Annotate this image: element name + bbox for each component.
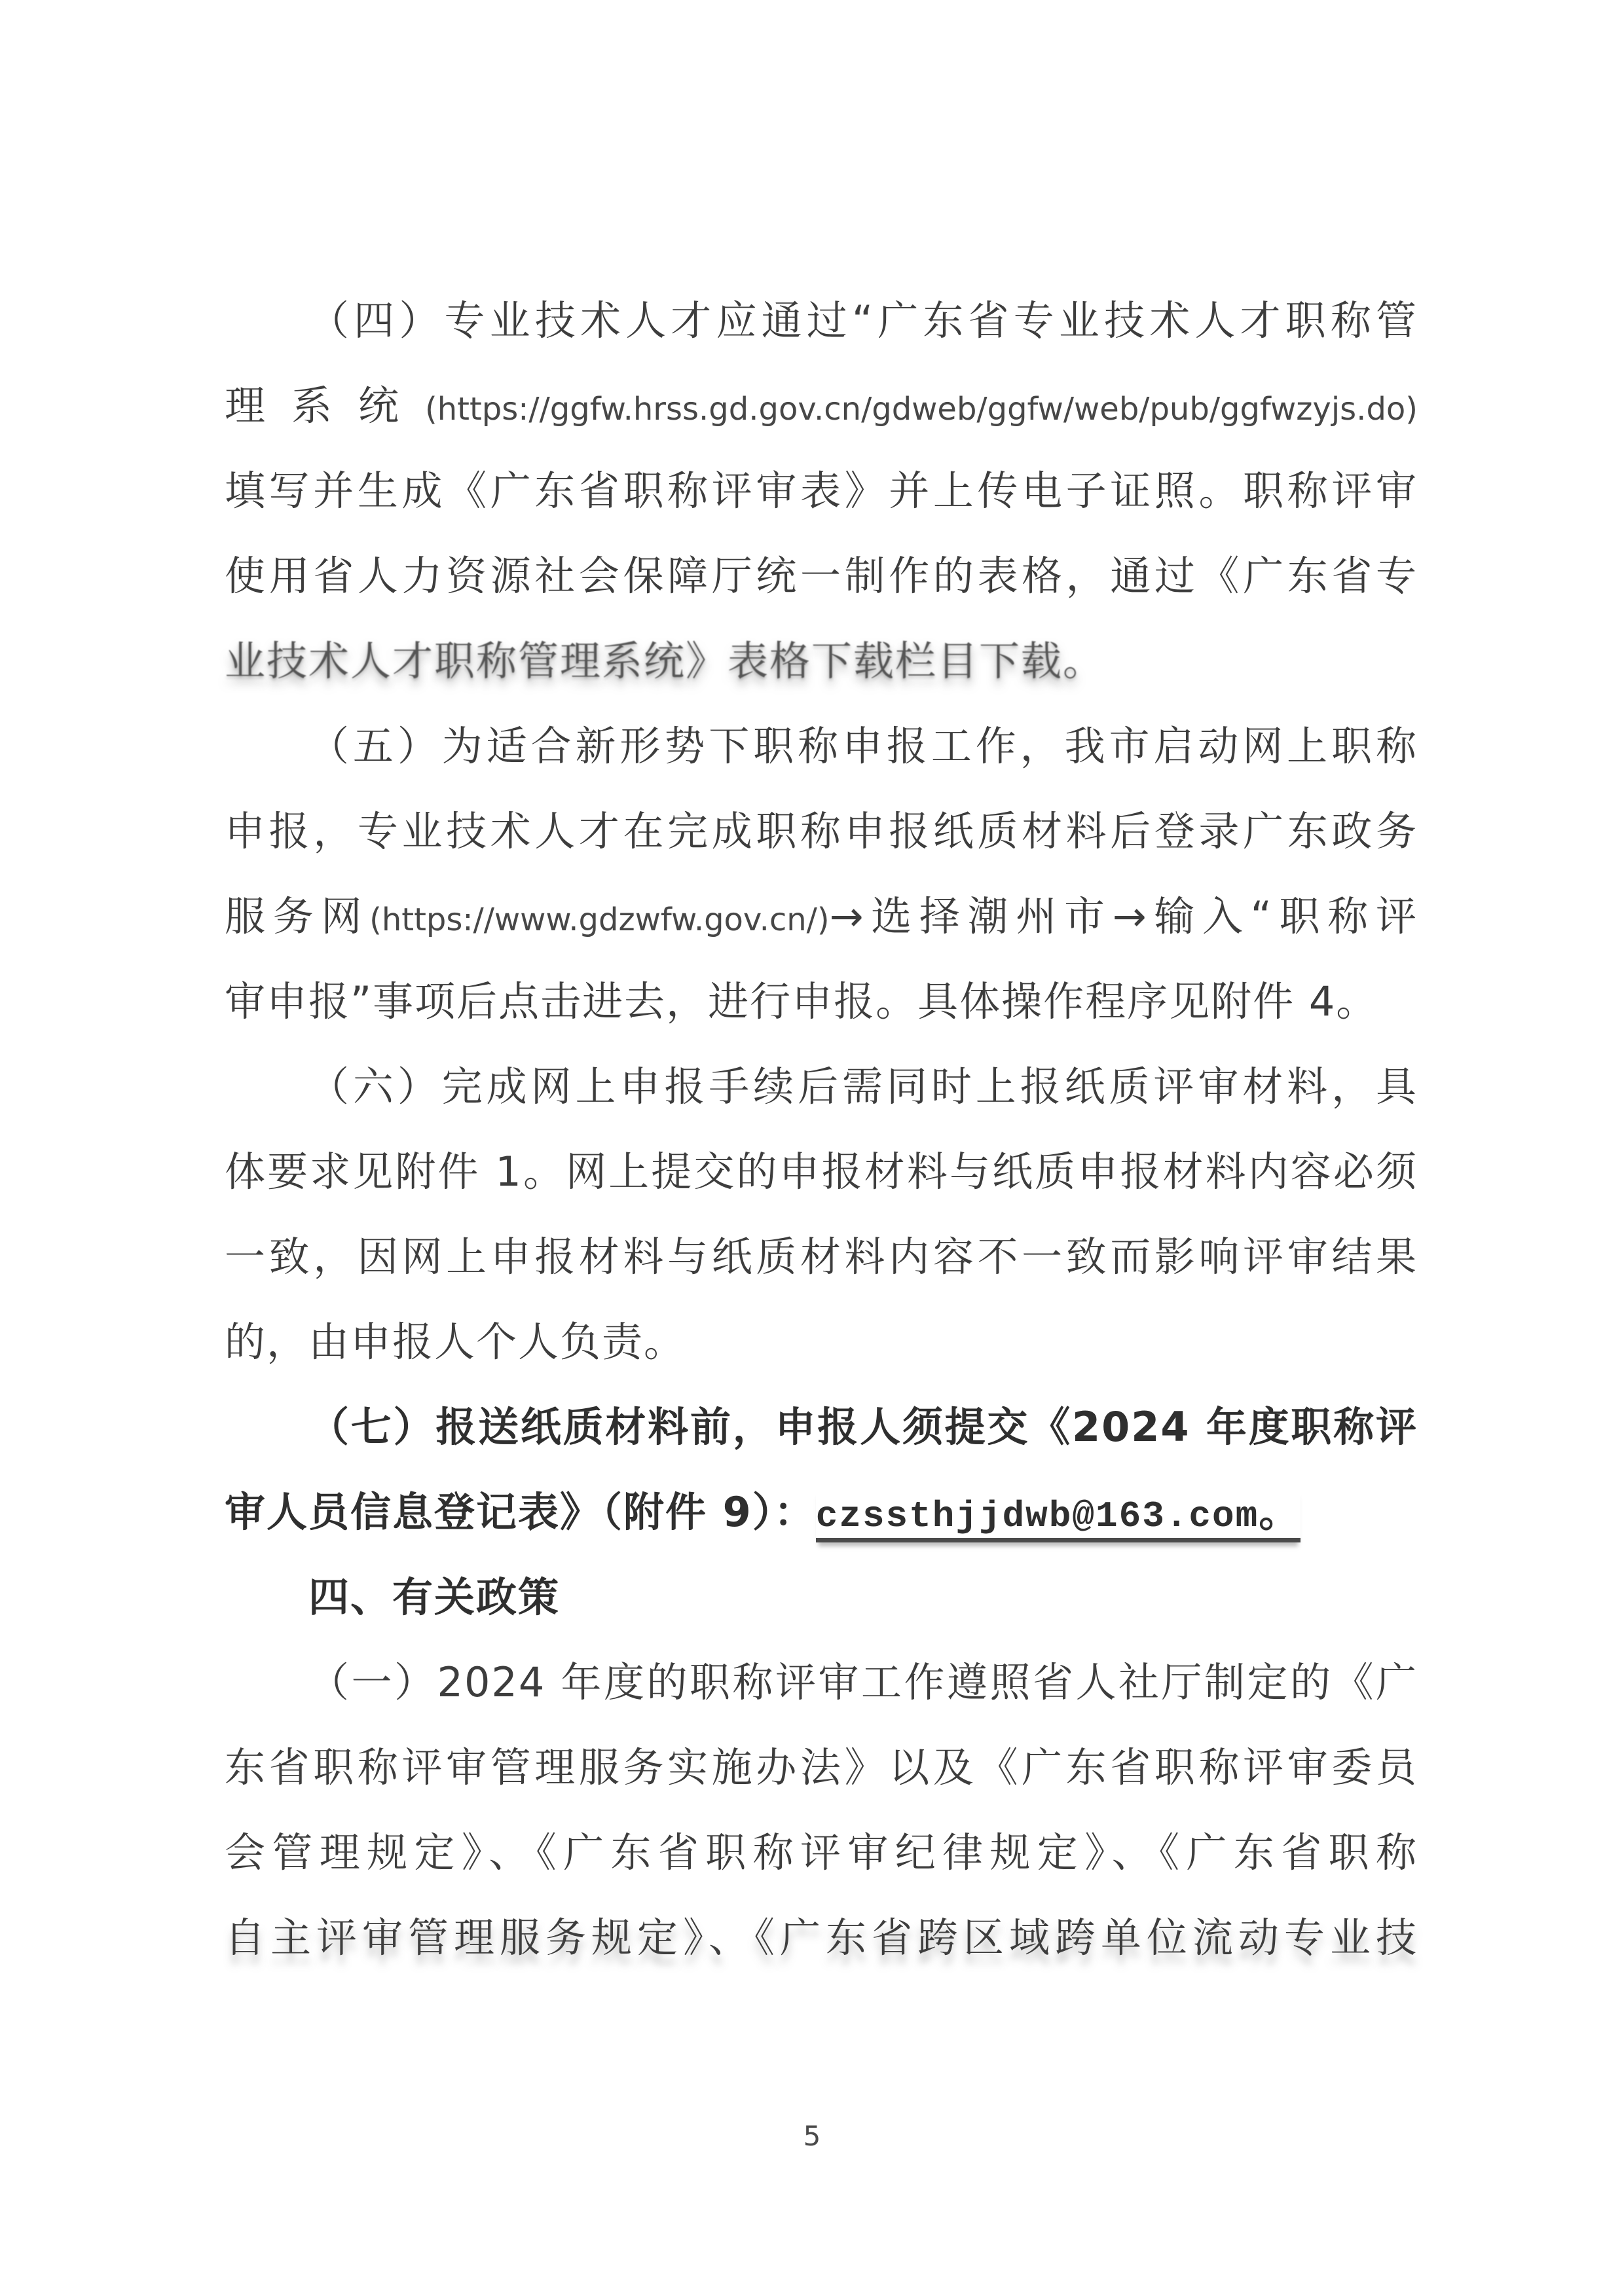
document-body: （四）专业技术人才应通过“广东省专业技术人才职称管 理系统(https://gg… xyxy=(225,278,1418,1980)
para-5-line-2: 申报，专业技术人才在完成职称申报纸质材料后登录广东政务 xyxy=(225,789,1418,874)
para-4-line-1: （四）专业技术人才应通过“广东省专业技术人才职称管 xyxy=(225,278,1418,363)
para-5-line-1: （五）为适合新形势下职称申报工作，我市启动网上职称 xyxy=(225,704,1418,789)
submission-email-period: 。 xyxy=(1259,1488,1301,1536)
submission-email-underlined: czssthjjdwb@163.com。 xyxy=(816,1488,1301,1542)
page-number: 5 xyxy=(0,2120,1624,2152)
para-6-line-4: 的，由申报人个人负责。 xyxy=(225,1300,1418,1385)
para-4-line-4: 使用省人力资源社会保障厅统一制作的表格，通过《广东省专 xyxy=(225,534,1418,619)
submission-email-address: czssthjjdwb@163.com xyxy=(816,1495,1259,1537)
para-4-line-2: 理系统(https://ggfw.hrss.gd.gov.cn/gdweb/gg… xyxy=(225,363,1418,448)
section-heading-policies: 四、有关政策 xyxy=(225,1555,1418,1640)
para-7-line-2: 审人员信息登记表》（附件 9）：czssthjjdwb@163.com。 xyxy=(225,1470,1418,1555)
para-4-line-5: 业技术人才职称管理系统》表格下载栏目下载。 xyxy=(225,619,1418,704)
para-6-line-3: 一致，因网上申报材料与纸质材料内容不一致而影响评审结果 xyxy=(225,1214,1418,1300)
para-1-line-3: 会管理规定》、《广东省职称评审纪律规定》、《广东省职称 xyxy=(225,1810,1418,1895)
para-1-line-2: 东省职称评审管理服务实施办法》以及《广东省职称评审委员 xyxy=(225,1725,1418,1810)
para-4-line-2-cjk: 理系统 xyxy=(225,382,425,429)
gov-service-url: (https://www.gdzwfw.gov.cn/) xyxy=(369,902,829,938)
para-7-line-2-label: 审人员信息登记表》（附件 9）： xyxy=(225,1488,816,1536)
para-1-line-4: 自主评审管理服务规定》、《广东省跨区域跨单位流动专业技 xyxy=(225,1895,1418,1980)
para-5-line-3-cjk: 服务网 xyxy=(225,892,369,940)
title-system-url: (https://ggfw.hrss.gd.gov.cn/gdweb/ggfw/… xyxy=(425,391,1418,428)
para-6-line-1: （六）完成网上申报手续后需同时上报纸质评审材料，具 xyxy=(225,1044,1418,1129)
para-4-line-3: 填写并生成《广东省职称评审表》并上传电子证照。职称评审 xyxy=(225,448,1418,534)
para-5-line-3: 服务网(https://www.gdzwfw.gov.cn/)→选择潮州市→输入… xyxy=(225,874,1418,959)
para-1-line-1: （一）2024 年度的职称评审工作遵照省人社厅制定的《广 xyxy=(225,1640,1418,1725)
para-5-line-4: 审申报”事项后点击进去，进行申报。具体操作程序见附件 4。 xyxy=(225,959,1418,1044)
document-page: （四）专业技术人才应通过“广东省专业技术人才职称管 理系统(https://gg… xyxy=(0,0,1624,2296)
para-6-line-2: 体要求见附件 1。网上提交的申报材料与纸质申报材料内容必须 xyxy=(225,1129,1418,1214)
para-5-line-3-steps: →选择潮州市→输入“职称评 xyxy=(830,892,1418,940)
para-7-line-1: （七）报送纸质材料前，申报人须提交《2024 年度职称评 xyxy=(225,1385,1418,1470)
